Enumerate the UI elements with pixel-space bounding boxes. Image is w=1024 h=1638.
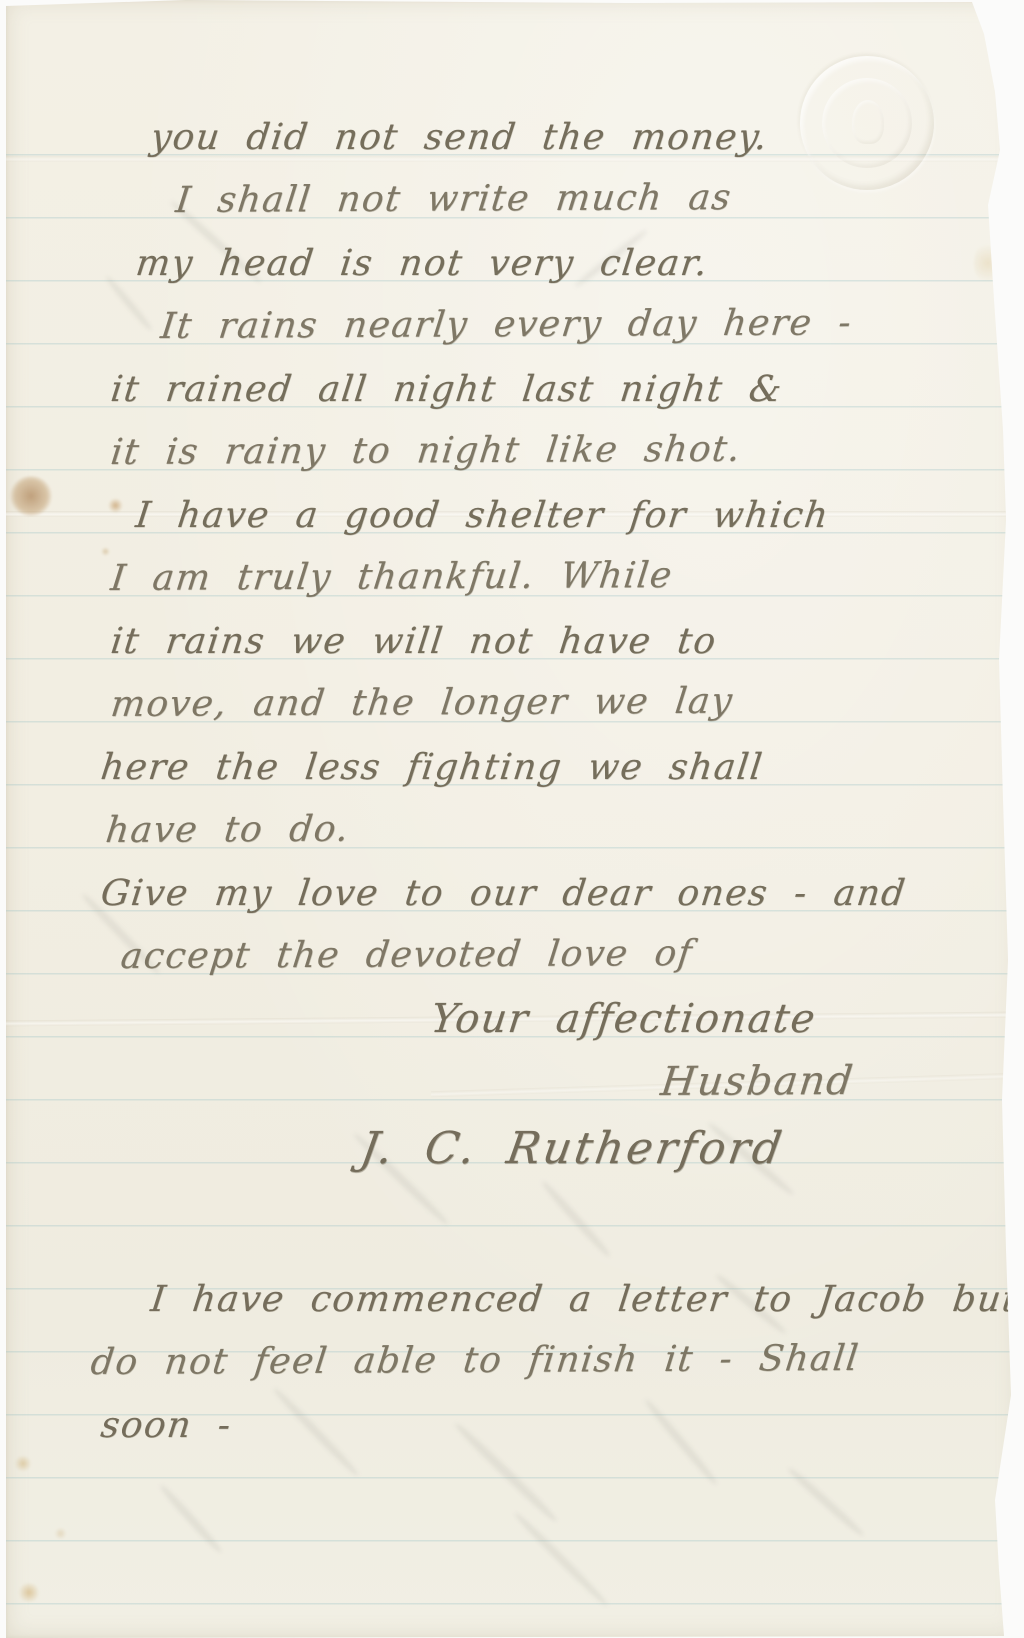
letter-line: have to do. [102, 794, 1010, 862]
stain [14, 1456, 32, 1471]
scan-background: you did not send the money. I shall not … [0, 0, 1024, 1638]
letter-line: here the less fighting we shall [97, 736, 1010, 799]
letter-line: it rains we will not have to [107, 610, 1010, 673]
letter-line: it is rainy to night like shot. [107, 416, 1010, 484]
postscript: I have commenced a letter to Jacob but d… [16, 1268, 1006, 1457]
letter-line: you did not send the money. [147, 106, 1010, 169]
letter-line: I am truly thankful. While [107, 542, 1010, 610]
letter-line: my head is not very clear. [132, 232, 1010, 295]
postscript-line: soon - [97, 1394, 1010, 1457]
letter-line: it rained all night last night & [107, 358, 1010, 421]
stain [54, 1528, 67, 1539]
letter-line: I shall not write much as [172, 165, 1010, 232]
letter-line: It rains nearly every day here - [157, 291, 1010, 358]
letter-line: I have a good shelter for which [132, 484, 1010, 547]
ghost-writing [786, 1466, 866, 1539]
letter-line: Give my love to our dear ones - and [97, 862, 1010, 925]
letter-page: you did not send the money. I shall not … [6, 0, 1018, 1638]
closing-line: Husband [657, 1049, 1010, 1114]
signature: J. C. Rutherford [355, 1114, 1011, 1184]
ghost-writing [512, 1510, 610, 1608]
stain [18, 1583, 40, 1602]
letter-line: accept the devoted love of [117, 920, 1010, 988]
postscript-line: do not feel able to finish it - Shall [87, 1326, 1010, 1394]
postscript-line: I have commenced a letter to Jacob but [147, 1268, 1010, 1331]
closing-line: Your affectionate [427, 988, 1010, 1051]
letter-body: you did not send the money. I shall not … [16, 106, 1006, 1457]
ghost-writing [158, 1483, 224, 1555]
letter-line: move, and the longer we lay [107, 668, 1010, 736]
